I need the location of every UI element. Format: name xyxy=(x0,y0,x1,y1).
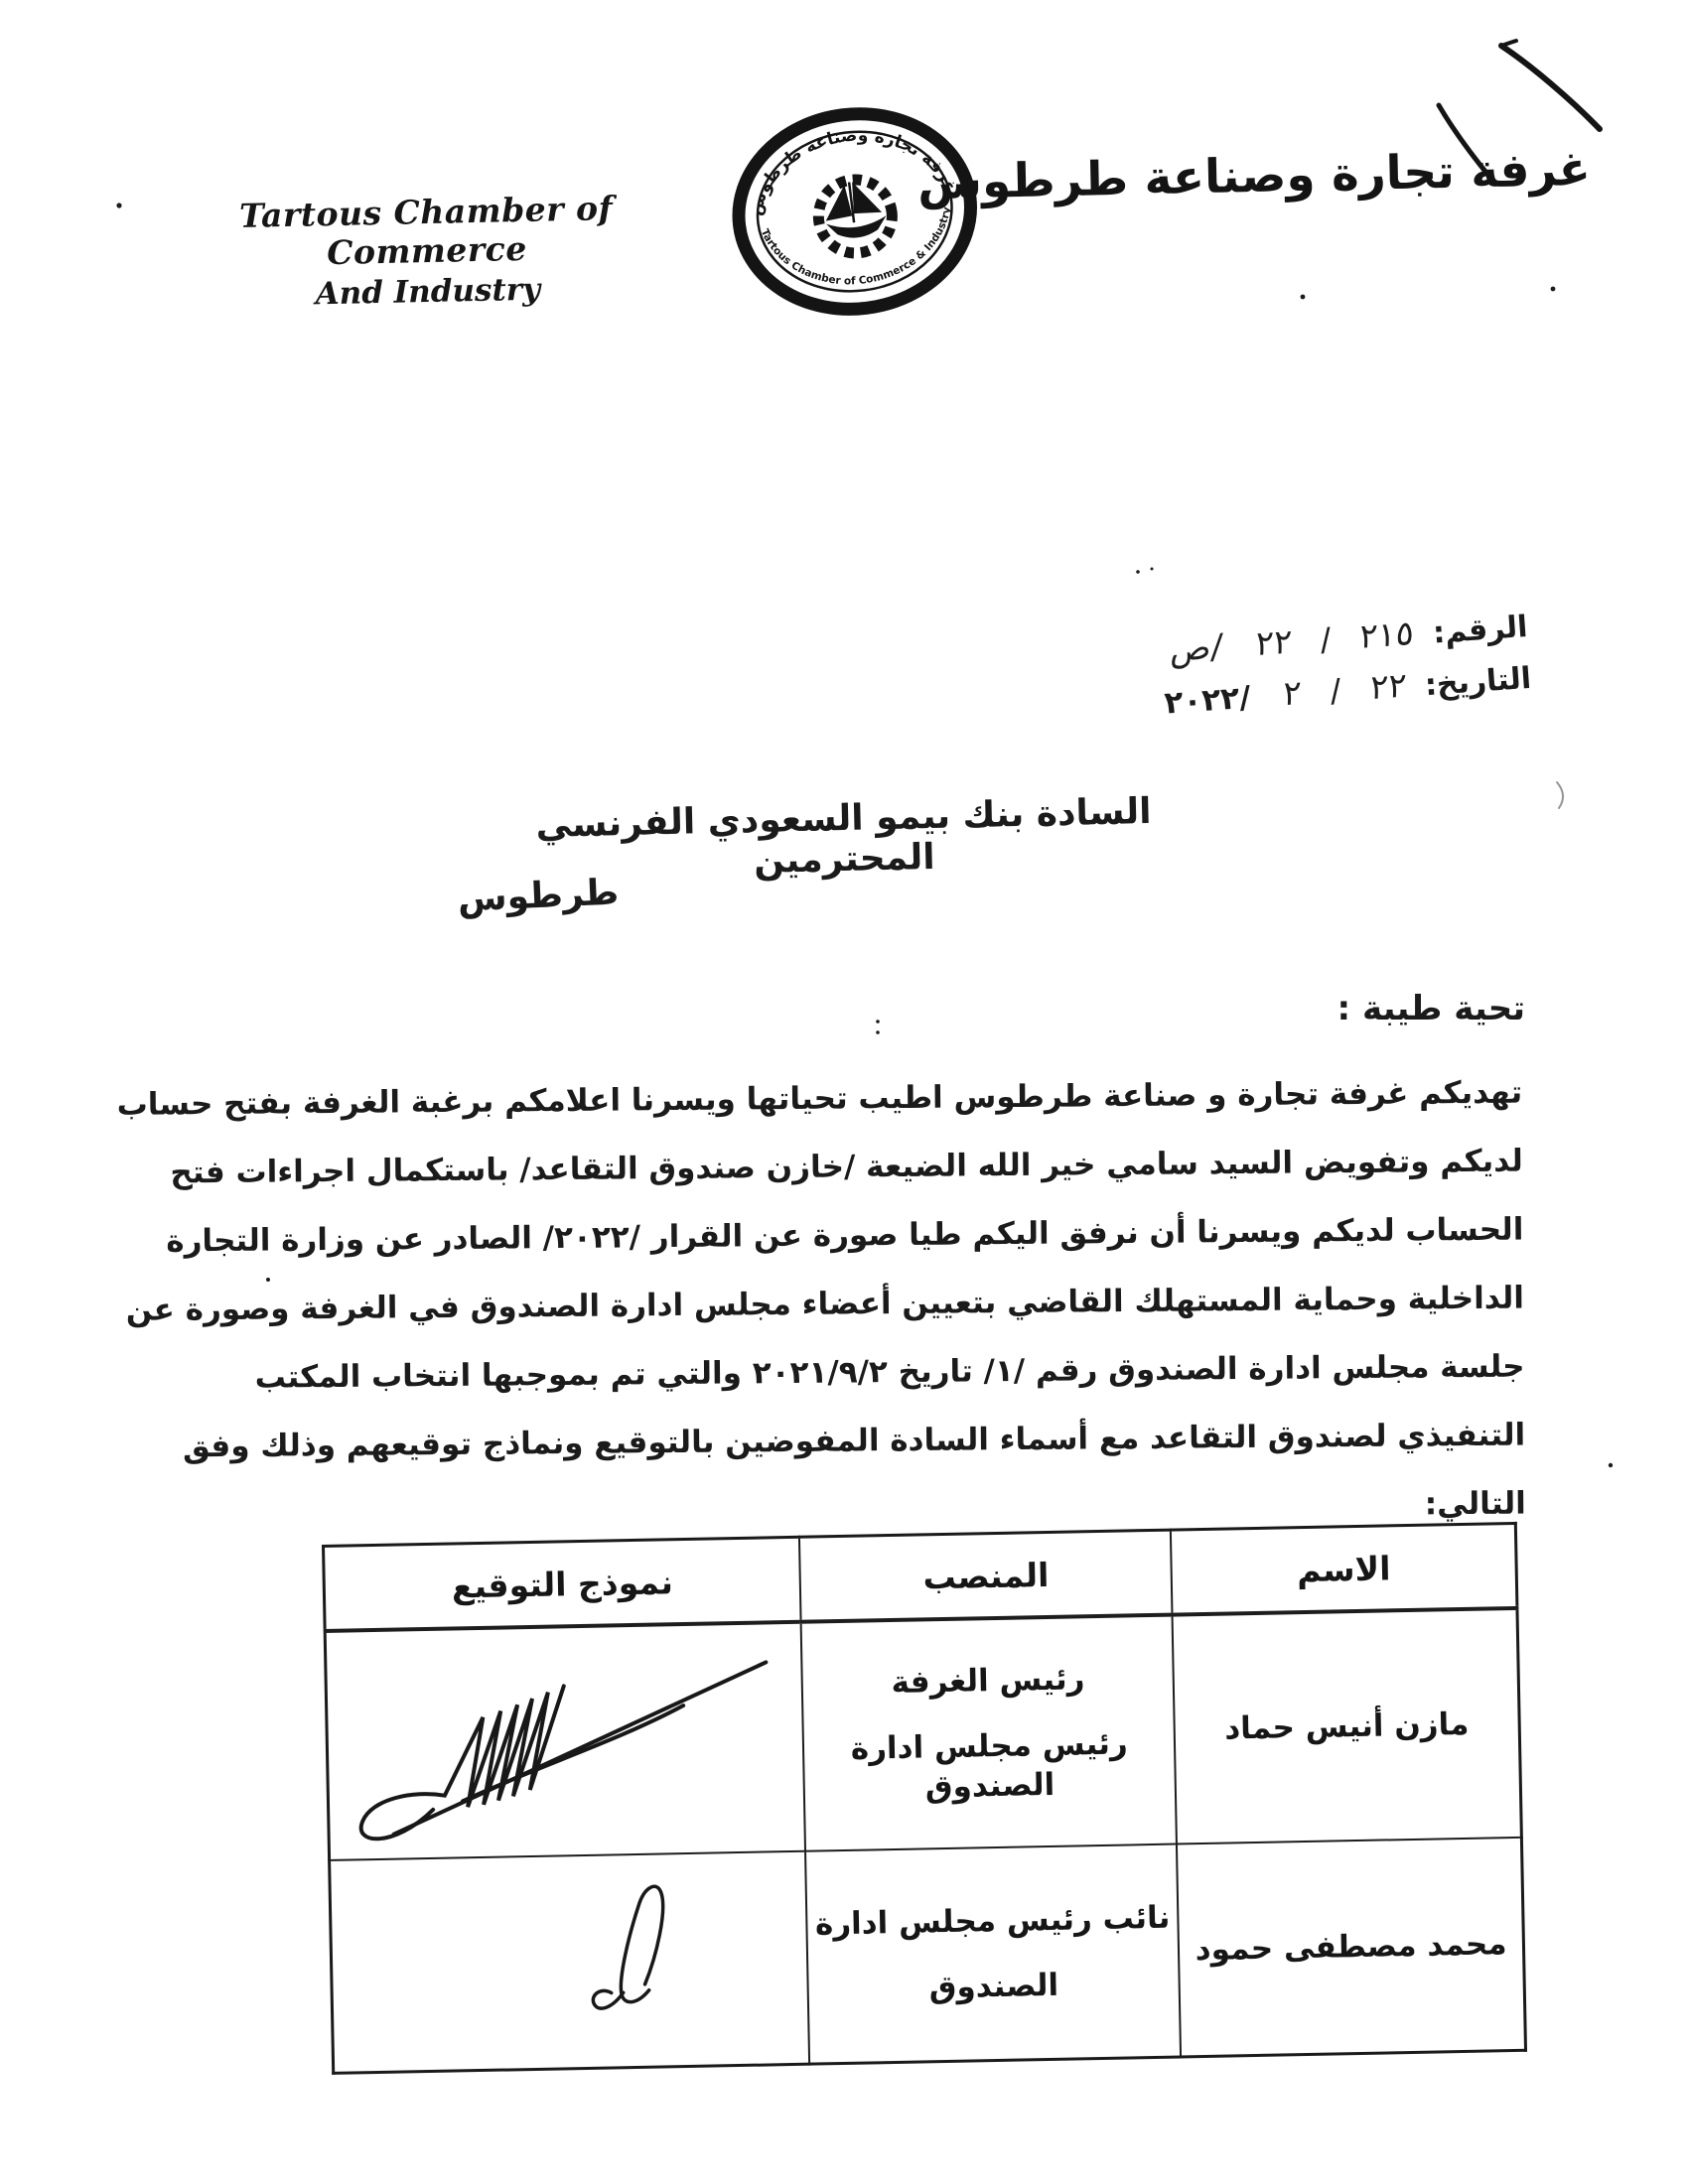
signatory-position: نائب رئيس مجلس ادارة الصندوق xyxy=(805,1844,1181,2065)
seal-icon: غرفة تجارة وصناعة طرطوس Tartous Chamber … xyxy=(716,90,994,333)
number-second-handwritten: ٢٢ xyxy=(1253,615,1292,670)
pen-stroke-mark xyxy=(1501,46,1600,129)
ship-and-gear-icon xyxy=(814,176,896,257)
pen-stroke-barb xyxy=(1501,41,1516,46)
scan-noise-curve xyxy=(1557,782,1563,808)
addressee-city: طرطوس xyxy=(448,872,629,920)
date-day-handwritten: ٢٢ xyxy=(1368,659,1407,714)
body-line-4: الداخلية وحماية المستهلك القاضي بتعيين أ… xyxy=(281,1265,1525,1344)
body-line-6: التنفيذي لصندوق التقاعد مع أسماء السادة … xyxy=(282,1402,1526,1481)
english-letterhead-line1: Tartous Chamber of Commerce xyxy=(136,187,718,276)
column-header-signature: نموذج التوقيع xyxy=(324,1537,801,1631)
number-slash: / xyxy=(1319,620,1332,659)
position-line1: رئيس الغرفة xyxy=(803,1658,1174,1705)
signatories-table: الاسم المنصب نموذج التوقيع مازن أنيس حما… xyxy=(322,1522,1527,2075)
zigzag-scribble-signature-icon xyxy=(333,1646,795,1843)
table-row: محمد مصطفى حمود نائب رئيس مجلس ادارة الص… xyxy=(330,1838,1526,2074)
arabic-letterhead: غرفة تجارة وصناعة طرطوس xyxy=(917,142,1592,210)
column-header-position: المنصب xyxy=(799,1530,1173,1622)
signature-sample-cell xyxy=(325,1622,805,1860)
signatory-name: مازن أنيس حماد xyxy=(1173,1608,1522,1844)
letter-body: تهديكم غرفة تجارة و صناعة طرطوس اطيب تحي… xyxy=(279,1059,1526,1550)
date-label: التاريخ: xyxy=(1423,661,1531,703)
reference-block: الرقم: ٢١٥ / ٢٢ /ص التاريخ: ٢٢ / ٢ /٢٠٢٢ xyxy=(1154,600,1532,729)
table-row: مازن أنيس حماد رئيس الغرفة رئيس مجلس ادا… xyxy=(325,1608,1521,1860)
number-value-handwritten: ٢١٥ xyxy=(1358,608,1415,663)
english-letterhead-line2: And Industry xyxy=(138,268,719,316)
loop-scribble-signature-icon xyxy=(569,1871,721,2033)
signatory-name: محمد مصطفى حمود xyxy=(1177,1838,1525,2057)
date-slash: / xyxy=(1329,671,1341,710)
signatory-position: رئيس الغرفة رئيس مجلس ادارة الصندوق xyxy=(801,1615,1177,1851)
english-letterhead: Tartous Chamber of Commerce And Industry xyxy=(136,187,718,316)
position-line2: رئيس مجلس ادارة الصندوق xyxy=(804,1723,1176,1810)
date-month-handwritten: ٢ xyxy=(1282,667,1303,721)
chamber-seal-logo: غرفة تجارة وصناعة طرطوس Tartous Chamber … xyxy=(716,90,995,337)
body-line-1: تهديكم غرفة تجارة و صناعة طرطوس اطيب تحي… xyxy=(279,1059,1523,1139)
greeting-line: تحية طيبة : xyxy=(1337,989,1525,1028)
position-line1: نائب رئيس مجلس ادارة xyxy=(807,1898,1178,1945)
number-label: الرقم: xyxy=(1432,610,1529,651)
position-line2: الصندوق xyxy=(808,1964,1179,2010)
date-year: /٢٠٢٢ xyxy=(1163,680,1251,722)
signature-sample-cell xyxy=(330,1851,810,2074)
body-line-2: لديكم وتفويض السيد سامي خير الله الضيعة … xyxy=(280,1128,1524,1207)
body-line-3: الحساب لديكم ويسرنا أن نرفق اليكم طيا صو… xyxy=(280,1196,1524,1276)
scanned-letter-page: Tartous Chamber of Commerce And Industry… xyxy=(0,0,1688,2184)
column-header-name: الاسم xyxy=(1171,1523,1517,1614)
number-suffix: /ص xyxy=(1169,620,1223,676)
body-line-5: جلسة مجلس ادارة الصندوق رقم /١/ تاريخ ٢٠… xyxy=(281,1333,1525,1413)
